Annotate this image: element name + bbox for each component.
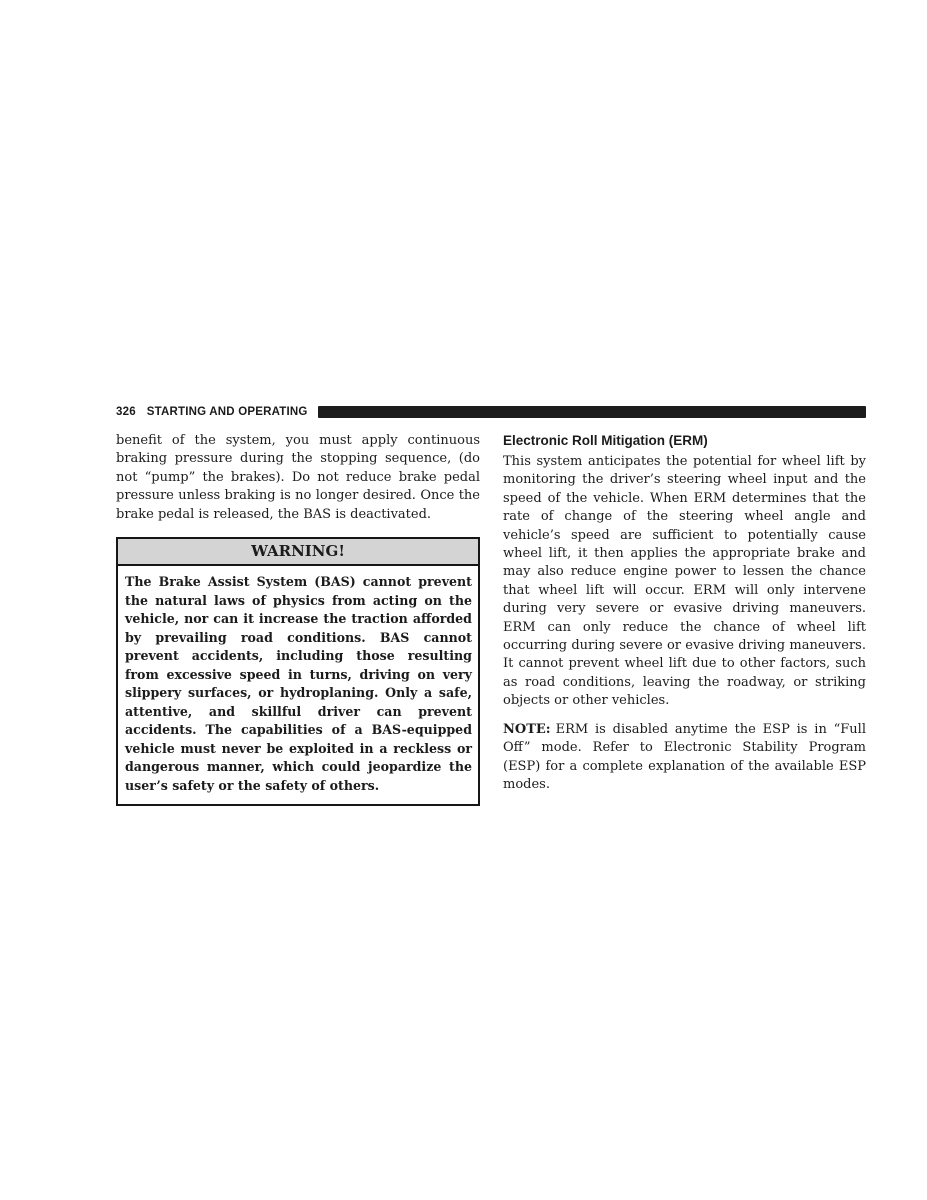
warning-box: WARNING! The Brake Assist System (BAS) c… <box>116 537 480 806</box>
page-number: 326 <box>116 406 136 418</box>
erm-paragraph: This system anticipates the potential fo… <box>503 453 866 711</box>
erm-heading: Electronic Roll Mitigation (ERM) <box>503 432 866 449</box>
section-title: STARTING AND OPERATING <box>147 406 308 418</box>
manual-page: 326 STARTING AND OPERATING benefit of th… <box>0 0 927 1200</box>
note-label: NOTE: <box>503 722 551 737</box>
left-column: benefit of the system, you must apply co… <box>116 432 480 806</box>
header-rule-bar <box>318 406 866 418</box>
note-paragraph: NOTE:ERM is disabled anytime the ESP is … <box>503 721 866 795</box>
right-column: Electronic Roll Mitigation (ERM) This sy… <box>503 432 866 806</box>
bas-intro-paragraph: benefit of the system, you must apply co… <box>116 432 480 524</box>
warning-body-text: The Brake Assist System (BAS) cannot pre… <box>118 566 478 804</box>
note-text: ERM is disabled anytime the ESP is in “F… <box>503 722 866 792</box>
content-columns: benefit of the system, you must apply co… <box>116 432 866 806</box>
page-header: 326 STARTING AND OPERATING <box>116 406 866 418</box>
warning-title: WARNING! <box>118 539 478 566</box>
